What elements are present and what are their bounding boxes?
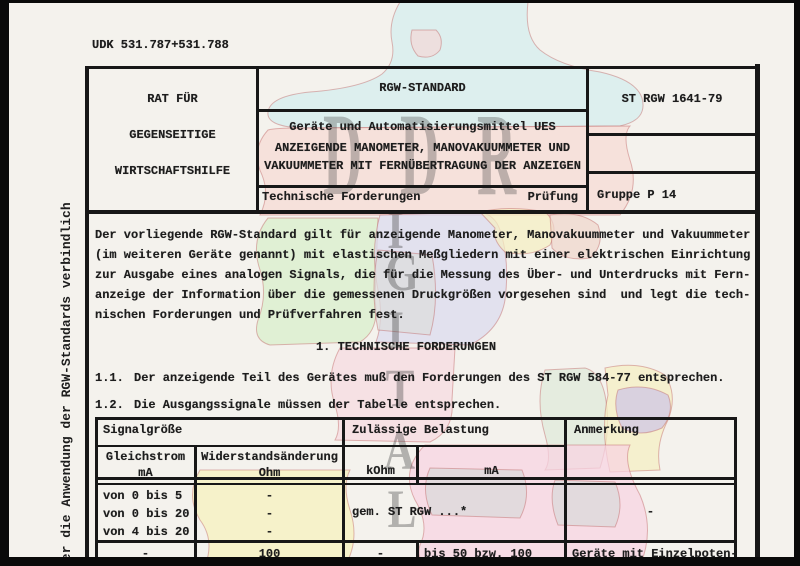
- header-mid-rule-1: [258, 109, 588, 112]
- intro-line-2: (im weiteren Geräte genannt) mit elastis…: [95, 248, 750, 262]
- page-rule-right: [755, 64, 760, 566]
- intro-line-3: zur Ausgabe eines analogen Signals, die …: [95, 268, 750, 282]
- row1-dash-1: -: [197, 489, 342, 503]
- subheader-col2-line1: Widerstandsänderung: [197, 450, 342, 464]
- row1-dash-2: -: [197, 507, 342, 521]
- council-line-2: GEGENSEITIGE: [89, 128, 256, 142]
- header-rule-top: [85, 66, 758, 69]
- header-mid-rule-2: [258, 185, 588, 188]
- table-rule-left: [95, 417, 98, 558]
- subheader-col3: kOhm: [345, 464, 416, 478]
- row1-dash-3: -: [197, 525, 342, 539]
- council-line-1: RAT FÜR: [89, 92, 256, 106]
- subheader-col2-line2: Ohm: [197, 466, 342, 480]
- clause-2-number: 1.2.: [95, 398, 124, 412]
- table-col-divider-4: [564, 417, 567, 558]
- testing-label: Prüfung: [460, 190, 578, 204]
- subject-line: Geräte und Automatisierungsmittel UES: [259, 120, 586, 134]
- clause-1-text: Der anzeigende Teil des Gerätes muß den …: [134, 371, 725, 385]
- standard-label: RGW-STANDARD: [259, 81, 586, 95]
- table-rule-subheader: [95, 445, 566, 447]
- scanned-standard-page: D D R I G I T A L UDK 531.787+531.788 be…: [0, 0, 800, 566]
- row1-range-2: von 0 bis 20: [103, 507, 189, 521]
- subheader-col1-line1: Gleichstrom: [97, 450, 194, 464]
- requirements-label: Technische Forderungen: [262, 190, 420, 204]
- scan-edge-top: [0, 0, 800, 3]
- udk-number: UDK 531.787+531.788: [92, 38, 229, 52]
- section-heading: 1. TECHNISCHE FORDERUNGEN: [95, 340, 717, 354]
- intro-line-1: Der vorliegende RGW-Standard gilt für an…: [95, 228, 750, 242]
- scan-edge-right: [794, 0, 800, 566]
- scan-edge-bottom: [0, 557, 800, 566]
- scan-edge-left: [0, 0, 9, 566]
- intro-line-4: anzeige der Information über die gemesse…: [95, 288, 750, 302]
- title-line-1: ANZEIGENDE MANOMETER, MANOVAKUUMMETER UN…: [259, 141, 586, 155]
- group-label: Gruppe P 14: [597, 188, 676, 202]
- subheader-col4: mA: [419, 464, 564, 478]
- map-region-gray-south2: [552, 480, 620, 527]
- row1-range-1: von 0 bis 5: [103, 489, 182, 503]
- standard-number: ST RGW 1641-79: [589, 92, 755, 106]
- subheader-col1-line2: mA: [97, 466, 194, 480]
- header-right-rule-1: [589, 133, 755, 136]
- council-line-3: WIRTSCHAFTSHILFE: [89, 164, 256, 178]
- table-rule-right: [734, 417, 737, 558]
- header-right-rule-2: [589, 171, 755, 174]
- map-region-coast-pink: [411, 30, 441, 57]
- margin-note-vertical: ber die Anwendung der RGW-Standards verb…: [59, 202, 74, 566]
- table-rule-top: [95, 417, 737, 420]
- table-col-divider-3b: [416, 540, 419, 558]
- header-rule-bottom: [85, 210, 760, 214]
- table-rule-double-2: [95, 483, 737, 485]
- clause-2-text: Die Ausgangssignale müssen der Tabelle e…: [134, 398, 501, 412]
- row1-range-3: von 4 bis 20: [103, 525, 189, 539]
- table-header-note: Anmerkung: [574, 423, 639, 437]
- row1-load-value: gem. ST RGW ...*: [352, 505, 467, 519]
- intro-line-5: nischen Forderungen und Prüfverfahren fe…: [95, 308, 405, 322]
- table-header-load: Zulässige Belastung: [352, 423, 489, 437]
- header-divider-2: [586, 66, 589, 213]
- table-header-signal: Signalgröße: [103, 423, 182, 437]
- row1-note: -: [567, 505, 734, 519]
- title-line-2: VAKUUMMETER MIT FERNÜBERTRAGUNG DER ANZE…: [259, 159, 586, 173]
- clause-1-number: 1.1.: [95, 371, 124, 385]
- table-col-divider-2: [342, 417, 345, 558]
